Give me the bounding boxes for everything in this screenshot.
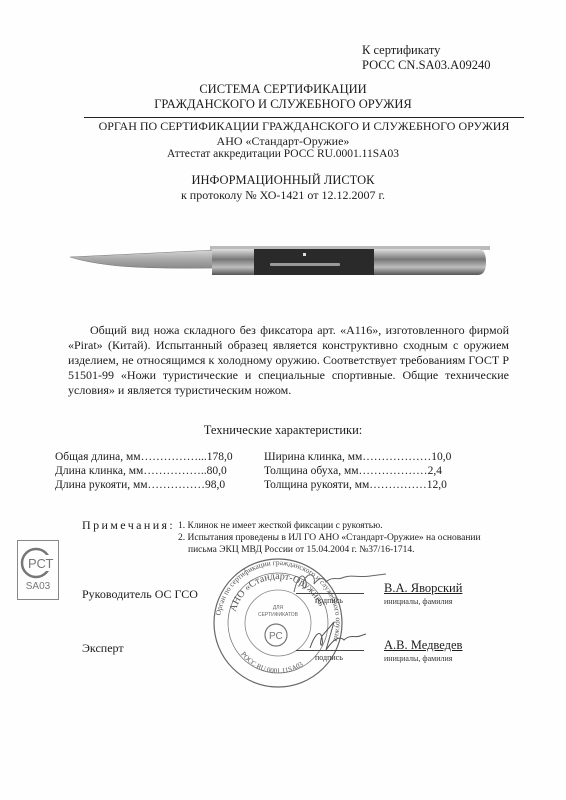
organ-name: АНО «Стандарт-Оружие» <box>0 134 566 149</box>
notes-list: 1. Клинок не имеет жесткой фиксации с ру… <box>178 520 481 556</box>
svg-text:РОСС RU.0001.11SA03: РОСС RU.0001.11SA03 <box>239 650 305 675</box>
svg-text:РСТ: РСТ <box>28 556 53 571</box>
ref-number: РОСС CN.SA03.A09240 <box>362 58 490 73</box>
organ-title: ОРГАН ПО СЕРТИФИКАЦИИ ГРАЖДАНСКОГО И СЛУ… <box>84 119 524 134</box>
logo-code: SA03 <box>18 581 58 592</box>
signatory-role-expert: Эксперт <box>82 641 124 656</box>
specs-right-column: Ширина клинка, мм………………10,0 Толщина обух… <box>264 450 451 492</box>
rst-certification-logo: РСТ SA03 <box>17 540 59 600</box>
ref-line-1: К сертификату <box>362 43 490 58</box>
name-caption: инициалы, фамилия <box>384 654 452 663</box>
notes-label: Примечания: <box>82 518 175 533</box>
spec-row: Ширина клинка, мм………………10,0 <box>264 450 451 464</box>
spec-row: Общая длина, мм……………...178,0 <box>55 450 233 464</box>
signature-line <box>296 650 364 651</box>
certificate-reference: К сертификату РОСС CN.SA03.A09240 <box>362 43 490 73</box>
specs-left-column: Общая длина, мм……………...178,0 Длина клинк… <box>55 450 233 492</box>
svg-text:ДЛЯ: ДЛЯ <box>273 605 284 611</box>
name-caption: инициалы, фамилия <box>384 597 452 606</box>
document-title: ИНФОРМАЦИОННЫЙ ЛИСТОК <box>0 173 566 188</box>
spec-row: Длина клинка, мм……………..80,0 <box>55 464 233 478</box>
spec-row: Толщина рукояти, мм……………12,0 <box>264 478 451 492</box>
note-item: 2. Испытания проведены в ИЛ ГО АНО «Стан… <box>178 532 481 544</box>
svg-text:РС: РС <box>269 631 283 642</box>
description-text: Общий вид ножа складного без фиксатора а… <box>68 323 509 397</box>
system-title-2: ГРАЖДАНСКОГО И СЛУЖЕБНОГО ОРУЖИЯ <box>0 97 566 112</box>
header-divider <box>84 117 524 118</box>
signature-caption: подпись <box>315 596 343 605</box>
signatory-name-head: В.А. Яворский <box>384 581 462 596</box>
note-item: 1. Клинок не имеет жесткой фиксации с ру… <box>178 520 481 532</box>
knife-photo <box>70 243 490 288</box>
spec-row: Длина рукояти, мм……………98,0 <box>55 478 233 492</box>
svg-text:СЕРТИФИКАТОВ: СЕРТИФИКАТОВ <box>258 612 299 618</box>
signatory-name-expert: А.В. Медведев <box>384 638 462 653</box>
protocol-line: к протоколу № ХО-1421 от 12.12.2007 г. <box>0 188 566 203</box>
description-paragraph: Общий вид ножа складного без фиксатора а… <box>68 323 509 398</box>
system-title-1: СИСТЕМА СЕРТИФИКАЦИИ <box>0 82 566 97</box>
accreditation: Аттестат аккредитации РОСС RU.0001.11SA0… <box>0 148 566 160</box>
specs-title: Технические характеристики: <box>0 423 566 438</box>
signature-line <box>296 593 364 594</box>
spec-row: Толщина обуха, мм………………2,4 <box>264 464 451 478</box>
signature-caption: подпись <box>315 653 343 662</box>
signatory-role-head: Руководитель ОС ГСО <box>82 587 198 602</box>
